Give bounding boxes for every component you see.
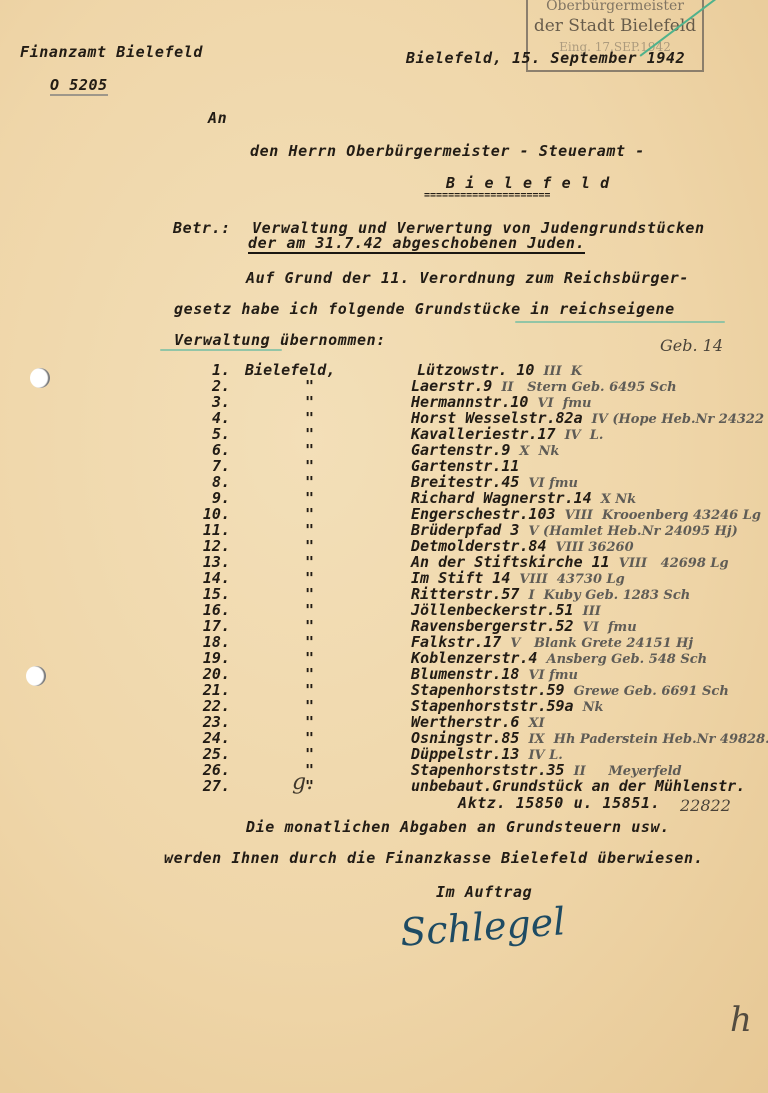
to-label: An xyxy=(208,109,227,127)
subject-line-2: der am 31.7.42 abgeschobenen Juden. xyxy=(248,234,585,254)
stamp-line-2: der Stadt Bielefeld xyxy=(528,16,702,36)
city-double-underline: ===================== xyxy=(424,190,550,201)
closing-line-2: werden Ihnen durch die Finanzkasse Biele… xyxy=(164,849,703,867)
body-line-2: gesetz habe ich folgende Grundstücke in … xyxy=(174,300,675,318)
file-reference-note: 22822 xyxy=(680,796,731,815)
im-auftrag: Im Auftrag xyxy=(436,883,532,901)
addressee: den Herrn Oberbürgermeister - Steueramt … xyxy=(250,142,645,160)
item-27-mark: g. xyxy=(292,770,313,795)
corner-mark: h xyxy=(730,1000,752,1040)
body-line-3: Verwaltung übernommen: xyxy=(174,331,386,349)
margin-note: Geb. 14 xyxy=(660,336,723,355)
sender-office: Finanzamt Bielefeld xyxy=(20,43,203,61)
punch-hole-bottom xyxy=(26,666,46,686)
green-underline-2 xyxy=(160,349,282,351)
stamp-line-1: Oberbürgermeister xyxy=(528,0,702,14)
green-underline-1 xyxy=(515,321,725,323)
reference-number: O 5205 xyxy=(50,76,108,96)
file-reference: Aktz. 15850 u. 15851. xyxy=(458,794,660,812)
subject-label: Betr.: xyxy=(173,219,231,237)
signature: Schlegel xyxy=(399,899,567,954)
place-date: Bielefeld, 15. September 1942 xyxy=(406,49,685,67)
punch-hole-top xyxy=(30,368,50,388)
closing-line-1: Die monatlichen Abgaben an Grundsteuern … xyxy=(246,818,670,836)
body-line-1: Auf Grund der 11. Verordnung zum Reichsb… xyxy=(246,269,689,287)
